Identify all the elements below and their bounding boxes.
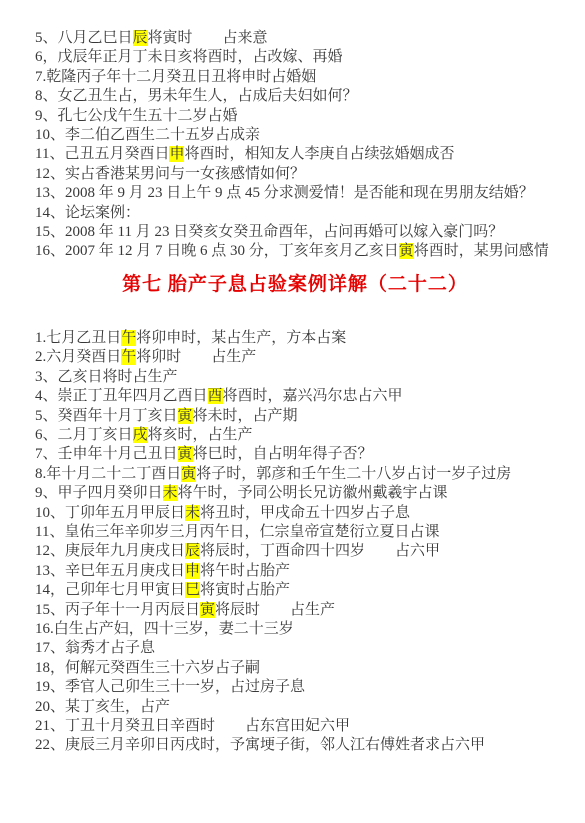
case-item: 6、二月丁亥日戌将亥时，占生产 [35, 426, 575, 445]
text-run: 7、壬申年十月己丑日 [35, 446, 178, 462]
case-item: 18，何解元癸酉生三十六岁占子嗣 [35, 659, 575, 678]
case-item: 14，己卯年七月甲寅日巳将寅时占胎产 [35, 581, 575, 600]
text-run: 6，戊辰年正月丁未日亥将酉时，占改嫁、再婚 [35, 49, 343, 65]
text-run: 22、庚辰三月辛卯日丙戌时，予寓埂子街，邻人江右傅姓者求占六甲 [35, 737, 485, 753]
text-run: 15、丙子年十一月丙辰日 [35, 602, 200, 618]
highlighted-char: 寅 [178, 408, 193, 424]
text-run: 19、季官人己卯生三十一岁，占过房子息 [35, 679, 305, 695]
text-run: 将未时，占产期 [193, 408, 298, 424]
highlighted-char: 寅 [399, 243, 414, 259]
case-item: 10、丁卯年五月甲辰日未将丑时，甲戌命五十四岁占子息 [35, 504, 575, 523]
case-item: 8、女乙丑生占，男未年生人，占成后夫妇如何？ [35, 87, 575, 106]
text-run: 将辰时 占生产 [215, 602, 335, 618]
text-run: 将午时，予同公明长兄访徽州戴羲宇占课 [178, 485, 448, 501]
case-item: 16.白生占产妇，四十三岁，妻二十三岁 [35, 620, 575, 639]
highlighted-char: 寅 [200, 602, 215, 618]
case-item: 8.年十月二十二丁酉日寅将子时，郭彦和壬午生二十八岁占讨一岁子过房 [35, 465, 575, 484]
text-run: 18，何解元癸酉生三十六岁占子嗣 [35, 660, 260, 676]
case-item: 12、实占香港某男问与一女孩感情如何？ [35, 165, 575, 184]
text-run: 12、庚辰年九月庚戌日 [35, 543, 185, 559]
highlighted-char: 酉 [208, 388, 223, 404]
text-run: 将寅时占胎产 [200, 582, 290, 598]
text-run: 7.乾隆丙子年十二月癸丑日丑将申时占婚姻 [35, 69, 316, 85]
case-item: 1.七月乙丑日午将卯申时，某占生产，方本占案 [35, 329, 575, 348]
text-run: 将亥时，占生产 [148, 427, 253, 443]
text-run: 10、丁卯年五月甲辰日 [35, 505, 185, 521]
text-run: 将卯时 占生产 [136, 349, 256, 365]
case-item: 16、2007 年 12 月 7 日晚 6 点 30 分，丁亥年亥月乙亥日寅将酉… [35, 242, 575, 261]
case-item: 6，戊辰年正月丁未日亥将酉时，占改嫁、再婚 [35, 48, 575, 67]
case-item: 15、2008 年 11 月 23 日癸亥女癸丑命酉年，占问再婚可以嫁入豪门吗？ [35, 223, 575, 242]
case-item: 3、乙亥日将时占生产 [35, 368, 575, 387]
highlighted-char: 辰 [185, 543, 200, 559]
text-run: 14、论坛案例： [35, 205, 140, 221]
text-run: 5、癸酉年十月丁亥日 [35, 408, 178, 424]
text-run: 将巳时，自占明年得子否？ [193, 446, 373, 462]
highlighted-char: 申 [169, 146, 184, 162]
case-item: 12、庚辰年九月庚戌日辰将辰时，丁酉命四十四岁 占六甲 [35, 542, 575, 561]
highlighted-char: 寅 [181, 466, 196, 482]
case-item: 22、庚辰三月辛卯日丙戌时，予寓埂子街，邻人江右傅姓者求占六甲 [35, 736, 575, 755]
highlighted-char: 戌 [133, 427, 148, 443]
marriage-cases-list: 5、八月乙巳日辰将寅时 占来意6，戊辰年正月丁未日亥将酉时，占改嫁、再婚7.乾隆… [35, 29, 575, 262]
case-item: 11、己丑五月癸酉日申将酉时，相知友人李庚自占续弦婚姻成否 [35, 145, 575, 164]
case-item: 17、翁秀才占子息 [35, 639, 575, 658]
case-item: 10、李二伯乙酉生二十五岁占成亲 [35, 126, 575, 145]
case-item: 21、丁丑十月癸丑日辛酉时 占东宫田妃六甲 [35, 717, 575, 736]
case-item: 9、甲子四月癸卯日未将午时，予同公明长兄访徽州戴羲宇占课 [35, 484, 575, 503]
text-run: 将午时占胎产 [200, 563, 290, 579]
case-item: 19、季官人己卯生三十一岁，占过房子息 [35, 678, 575, 697]
text-run: 将酉时，某男问感情 [414, 243, 549, 259]
case-item: 13、辛巳年五月庚戌日申将午时占胎产 [35, 562, 575, 581]
highlighted-char: 未 [163, 485, 178, 501]
text-run: 14，己卯年七月甲寅日 [35, 582, 185, 598]
text-run: 13、2008 年 9 月 23 日上午 9 点 45 分求测爱情！是否能和现在… [35, 185, 534, 201]
text-run: 5、八月乙巳日 [35, 30, 133, 46]
text-run: 2.六月癸酉日 [35, 349, 121, 365]
highlighted-char: 午 [121, 330, 136, 346]
text-run: 8、女乙丑生占，男未年生人，占成后夫妇如何？ [35, 88, 358, 104]
text-run: 12、实占香港某男问与一女孩感情如何？ [35, 166, 305, 182]
document-page: 5、八月乙巳日辰将寅时 占来意6，戊辰年正月丁未日亥将酉时，占改嫁、再婚7.乾隆… [0, 0, 585, 823]
text-run: 将酉时，相知友人李庚自占续弦婚姻成否 [184, 146, 454, 162]
text-run: 16.白生占产妇，四十三岁，妻二十三岁 [35, 621, 294, 637]
case-item: 11、皇佑三年辛卯岁三月丙午日，仁宗皇帝宣楚衍立夏日占课 [35, 523, 575, 542]
case-item: 5、癸酉年十月丁亥日寅将未时，占产期 [35, 407, 575, 426]
text-run: 4、崇正丁丑年四月乙酉日 [35, 388, 208, 404]
case-item: 13、2008 年 9 月 23 日上午 9 点 45 分求测爱情！是否能和现在… [35, 184, 575, 203]
text-run: 10、李二伯乙酉生二十五岁占成亲 [35, 127, 260, 143]
text-run: 20、某丁亥生，占产 [35, 699, 170, 715]
text-run: 17、翁秀才占子息 [35, 640, 155, 656]
case-item: 9、孔七公戊午生五十二岁占婚 [35, 107, 575, 126]
text-run: 6、二月丁亥日 [35, 427, 133, 443]
text-run: 将酉时，嘉兴冯尔忠占六甲 [223, 388, 403, 404]
text-run: 16、2007 年 12 月 7 日晚 6 点 30 分，丁亥年亥月乙亥日 [35, 243, 399, 259]
highlighted-char: 寅 [178, 446, 193, 462]
highlighted-char: 申 [185, 563, 200, 579]
text-run: 9、甲子四月癸卯日 [35, 485, 163, 501]
case-item: 20、某丁亥生，占产 [35, 698, 575, 717]
section-heading: 第七 胎产子息占验案例详解（二十二） [25, 271, 565, 298]
text-run: 将子时，郭彦和壬午生二十八岁占讨一岁子过房 [196, 466, 511, 482]
case-item: 4、崇正丁丑年四月乙酉日酉将酉时，嘉兴冯尔忠占六甲 [35, 387, 575, 406]
highlighted-char: 午 [121, 349, 136, 365]
highlighted-char: 辰 [133, 30, 148, 46]
highlighted-char: 未 [185, 505, 200, 521]
text-run: 1.七月乙丑日 [35, 330, 121, 346]
case-item: 7、壬申年十月己丑日寅将巳时，自占明年得子否？ [35, 445, 575, 464]
text-run: 11、己丑五月癸酉日 [35, 146, 169, 162]
text-run: 将丑时，甲戌命五十四岁占子息 [200, 505, 410, 521]
text-run: 13、辛巳年五月庚戌日 [35, 563, 185, 579]
text-run: 3、乙亥日将时占生产 [35, 369, 178, 385]
text-run: 9、孔七公戊午生五十二岁占婚 [35, 108, 238, 124]
case-item: 2.六月癸酉日午将卯时 占生产 [35, 348, 575, 367]
text-run: 15、2008 年 11 月 23 日癸亥女癸丑命酉年，占问再婚可以嫁入豪门吗？ [35, 224, 503, 240]
text-run: 将寅时 占来意 [148, 30, 268, 46]
text-run: 21、丁丑十月癸丑日辛酉时 占东宫田妃六甲 [35, 718, 350, 734]
text-run: 11、皇佑三年辛卯岁三月丙午日，仁宗皇帝宣楚衍立夏日占课 [35, 524, 439, 540]
case-item: 15、丙子年十一月丙辰日寅将辰时 占生产 [35, 601, 575, 620]
text-run: 将卯申时，某占生产，方本占案 [136, 330, 346, 346]
text-run: 8.年十月二十二丁酉日 [35, 466, 181, 482]
case-item: 5、八月乙巳日辰将寅时 占来意 [35, 29, 575, 48]
childbirth-cases-list: 1.七月乙丑日午将卯申时，某占生产，方本占案2.六月癸酉日午将卯时 占生产3、乙… [35, 329, 575, 756]
case-item: 14、论坛案例： [35, 204, 575, 223]
case-item: 7.乾隆丙子年十二月癸丑日丑将申时占婚姻 [35, 68, 575, 87]
text-run: 将辰时，丁酉命四十四岁 占六甲 [200, 543, 440, 559]
highlighted-char: 巳 [185, 582, 200, 598]
